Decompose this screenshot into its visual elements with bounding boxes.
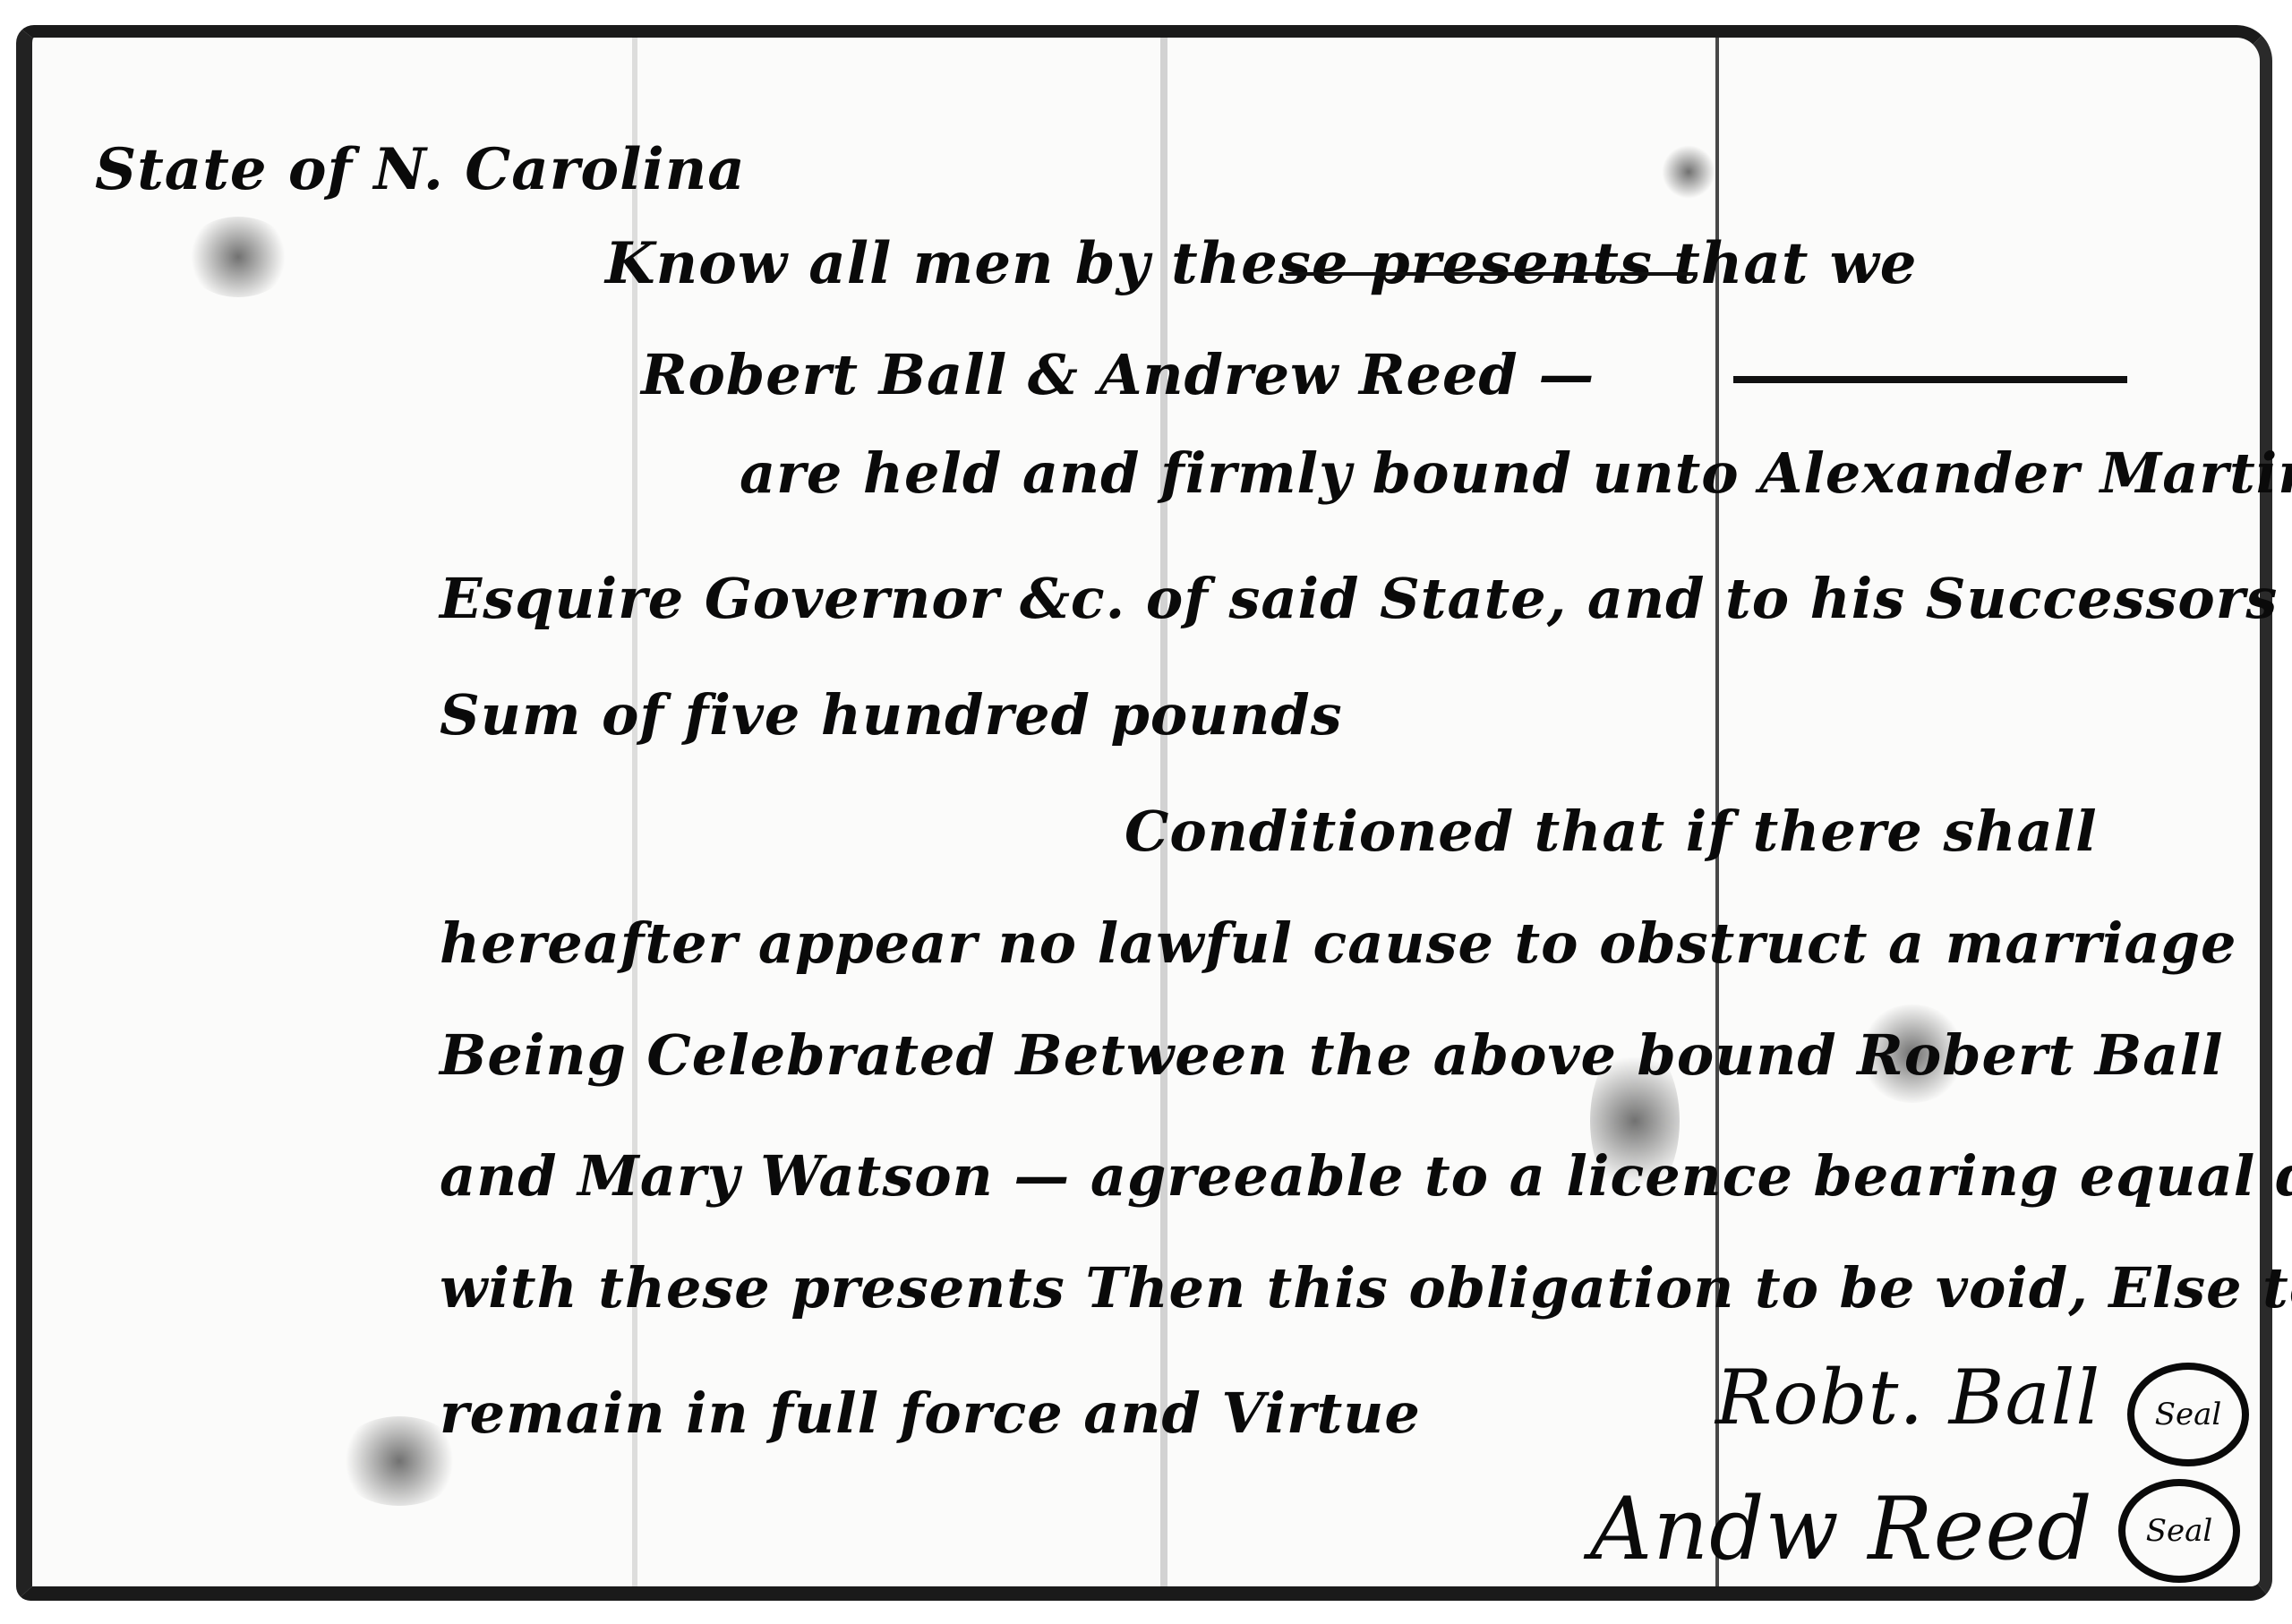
text-line-8: Being Celebrated Between the above bound… xyxy=(440,1022,2224,1088)
text-line-4: Esquire Governor &c. of said State, and … xyxy=(440,566,2292,631)
ink-stain xyxy=(1662,145,1715,199)
text-line-9: and Mary Watson — agreeable to a licence… xyxy=(440,1143,2292,1209)
document-page: State of N. Carolina Know all men by the… xyxy=(16,25,2272,1601)
ink-stain xyxy=(184,217,292,297)
text-line-7: hereafter appear no lawful cause to obst… xyxy=(440,910,2236,976)
text-line-1: Know all men by these presents that we xyxy=(605,230,1917,297)
text-line-2: Robert Ball & Andrew Reed — xyxy=(641,342,1595,407)
text-line-6: Conditioned that if there shall xyxy=(1125,799,2098,864)
text-line-11: remain in full force and Virtue xyxy=(440,1380,1421,1446)
text-line-3: are held and firmly bound unto Alexander… xyxy=(740,440,2292,506)
seal-1: Seal xyxy=(2127,1363,2249,1466)
signature-robert-ball: Robt. Ball xyxy=(1715,1354,2100,1441)
seal-2: Seal xyxy=(2118,1479,2240,1583)
signature-andrew-reed: Andw Reed xyxy=(1590,1479,2093,1579)
text-line-5: Sum of five hundred pounds xyxy=(440,682,1343,748)
strike-line xyxy=(1286,272,1698,276)
document-heading: State of N. Carolina xyxy=(95,136,746,203)
text-line-10: with these presents Then this obligation… xyxy=(440,1255,2292,1321)
dash-line xyxy=(1733,376,2127,383)
